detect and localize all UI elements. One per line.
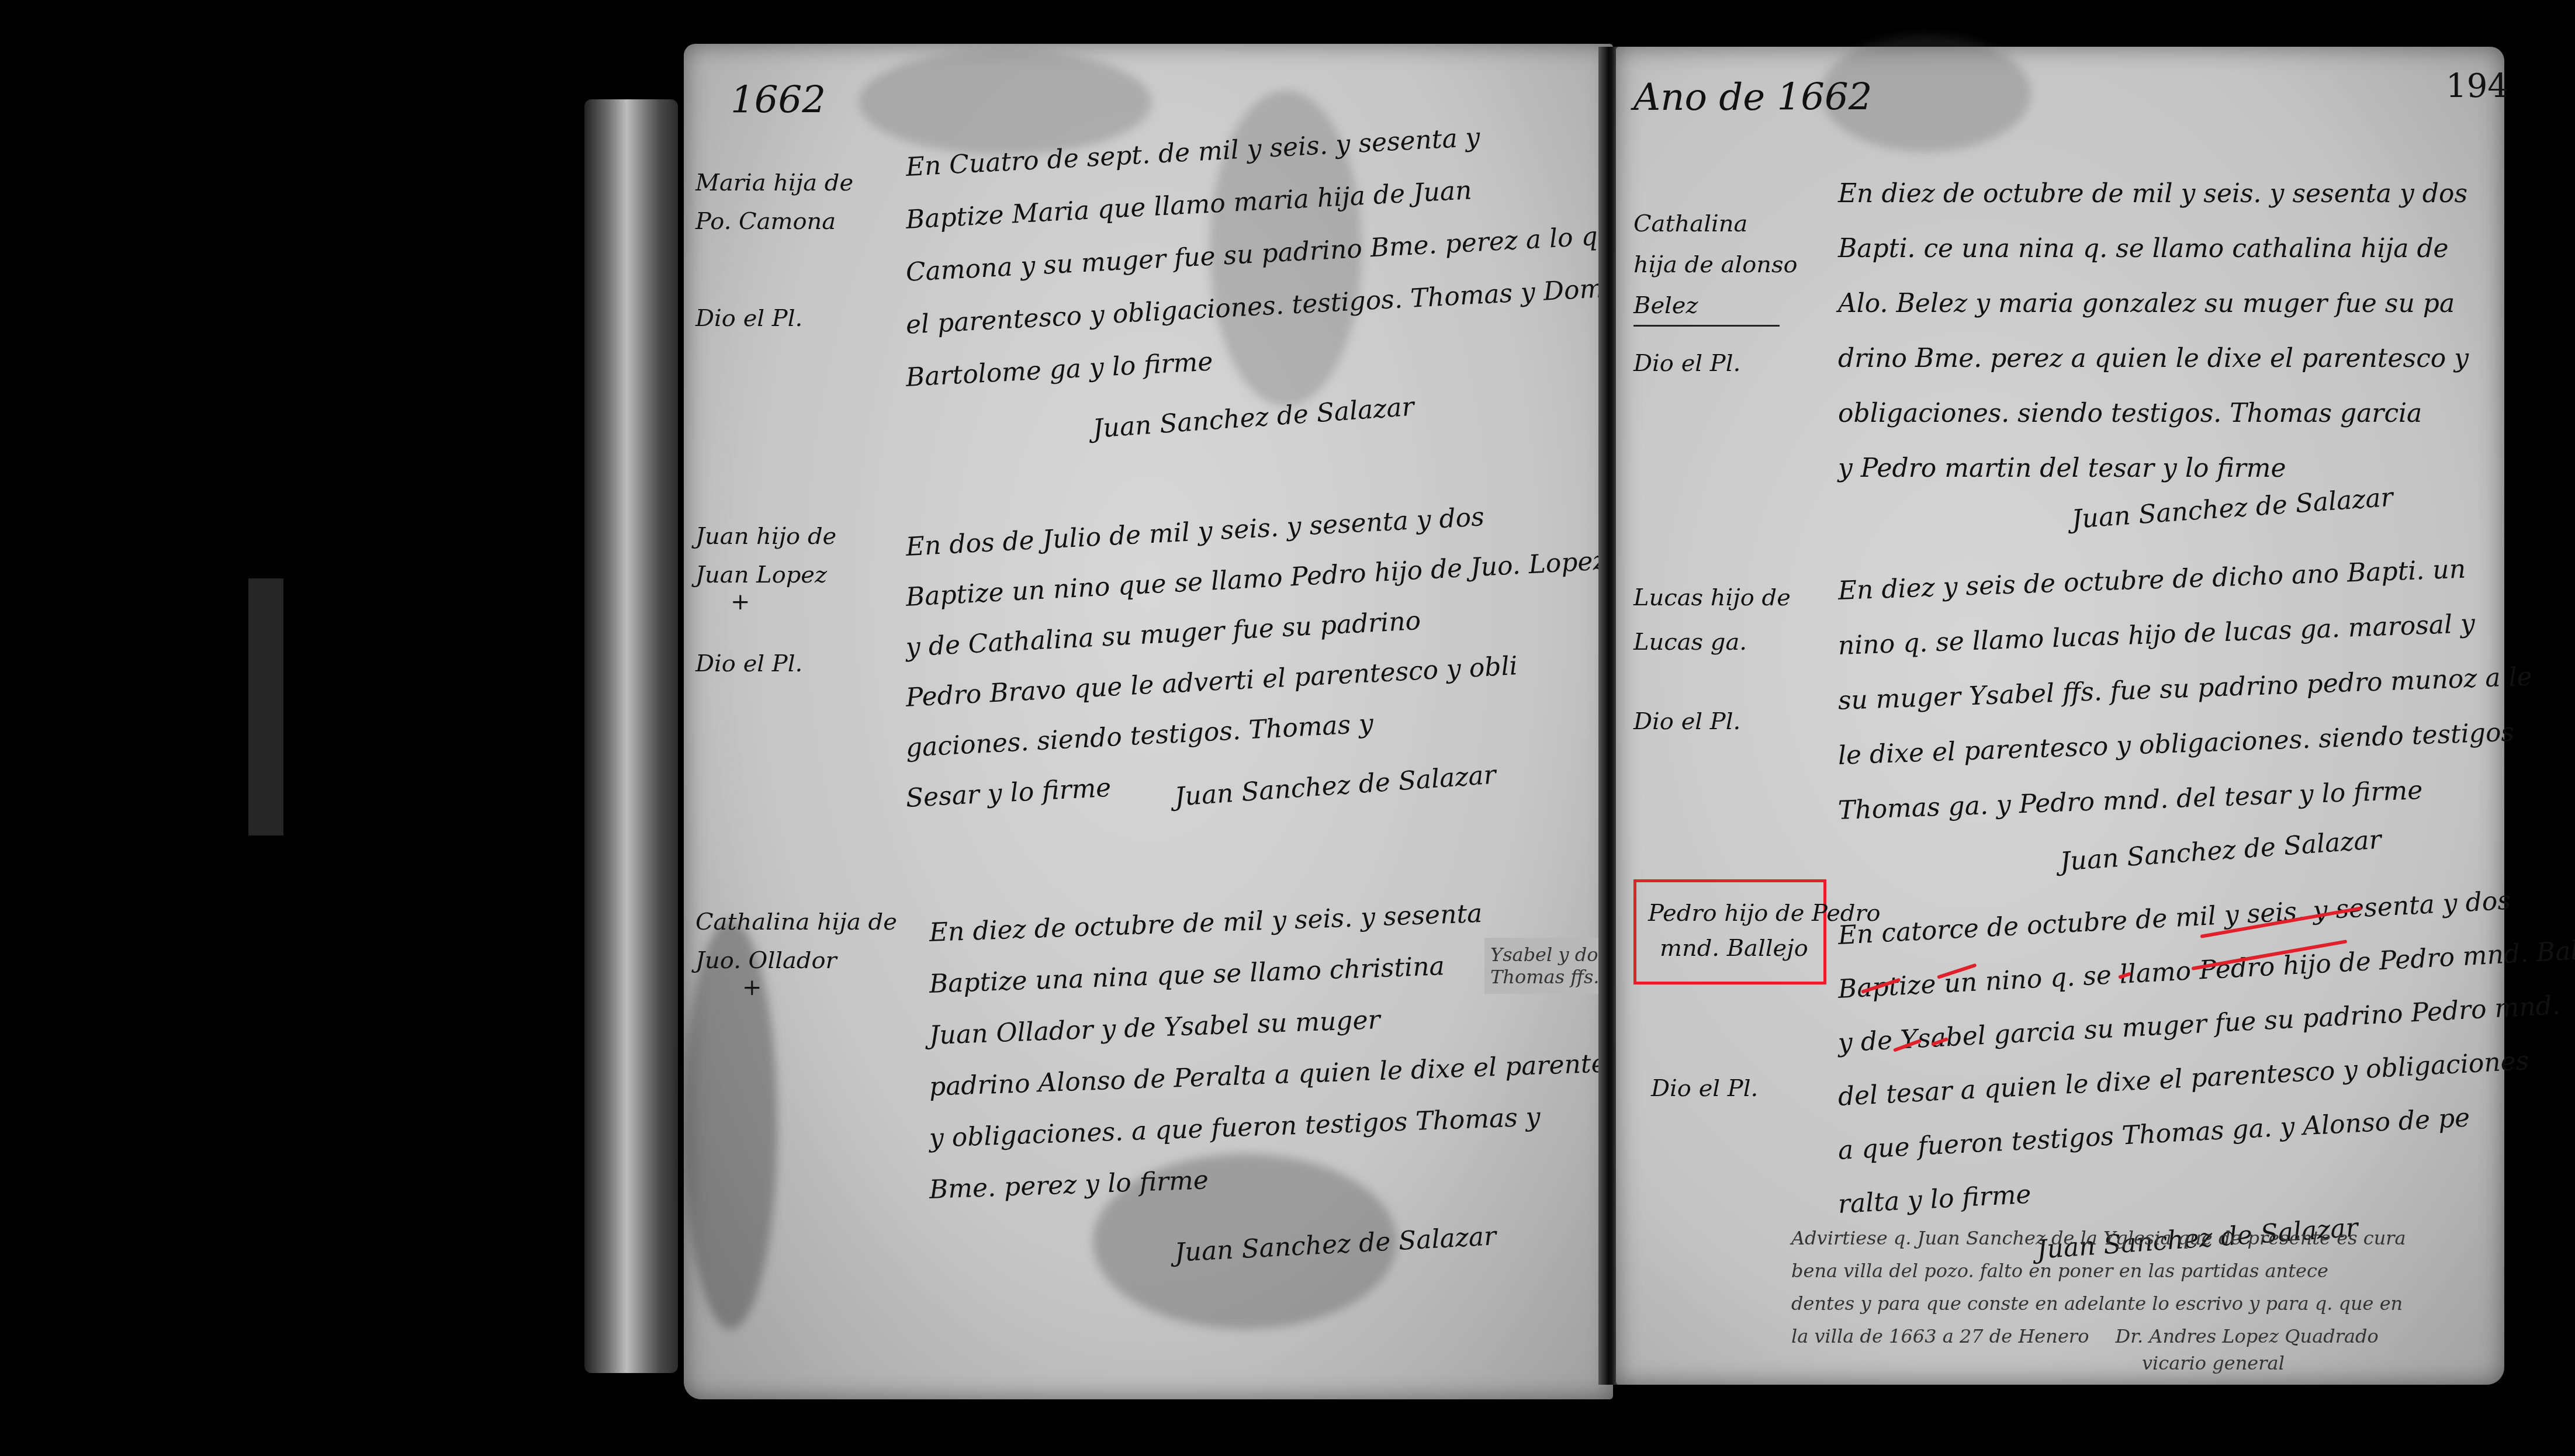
entry-line: Juan Ollador y de Ysabel su muger — [929, 998, 1650, 1049]
book-page-edges — [584, 99, 678, 1373]
entry-line: Pedro Bravo que le adverti el parentesco… — [905, 649, 1607, 711]
priest-signature: Juan Sanchez de Salazar — [1174, 1213, 1650, 1267]
margin-note: Dio el Pl. — [695, 650, 836, 677]
entry-line: obligaciones. siendo testigos. Thomas ga… — [1838, 401, 2469, 427]
margin-name: Lucas ga. — [1633, 629, 1791, 656]
margin-name: Lucas hijo de — [1633, 584, 1791, 611]
entry-line: En diez y seis de octubre de dicho ano B… — [1837, 554, 2532, 604]
footnote-annotation: Advirtiese q. Juan Sanchez de la Yglesia… — [1791, 1227, 2406, 1374]
entry-line: Baptize un nino que se llamo Pedro hijo … — [905, 548, 1607, 611]
priest-signature: Juan Sanchez de Salazar — [2059, 814, 2532, 877]
left-entry-1-body: En Cuatro de sept. de mil y seis. y sese… — [906, 155, 1662, 444]
margin-name: Cathalina — [1633, 210, 1798, 237]
margin-name: Po. Camona — [695, 208, 853, 235]
entry-line: a que fueron testigos Thomas ga. y Alons… — [1837, 1097, 2575, 1164]
entry-line: Bme. perez y lo firme — [929, 1152, 1650, 1203]
right-entry-2-margin: Lucas hijo de Lucas ga. Dio el Pl. — [1633, 584, 1791, 735]
entry-line: gaciones. siendo testigos. Thomas y — [905, 699, 1607, 761]
margin-name: Pedro hijo de Pedro — [1636, 882, 1823, 927]
folio-number: 194 — [2446, 67, 2508, 105]
entry-line: nino q. se llamo lucas hijo de lucas ga.… — [1837, 609, 2532, 659]
pasted-paper-slip: Ysabel y dos Thomas ffs. — [1484, 938, 1614, 994]
footnote-line: dentes y para que conste en adelante lo … — [1791, 1292, 2406, 1315]
entry-line: Bartolome ga y lo firme — [905, 325, 1661, 391]
margin-note: Dio el Pl. — [695, 305, 853, 332]
entry-line: y Pedro martin del tesar y lo firme — [1838, 456, 2469, 481]
margin-note: Dio el Pl. — [1633, 708, 1791, 735]
footnote-line: bena villa del pozo. falto en poner en l… — [1791, 1260, 2406, 1282]
footnote-line: la villa de 1663 a 27 de Henero — [1791, 1325, 2089, 1347]
priest-signature: Juan Sanchez de Salazar — [2071, 477, 2469, 535]
margin-note: Dio el Pl. — [1651, 1075, 1758, 1102]
priest-signature: Juan Sanchez de Salazar — [1092, 375, 1661, 444]
footnote-signature: Dr. Andres Lopez Quadrado — [2116, 1325, 2379, 1347]
margin-name: mnd. Ballejo — [1636, 927, 1823, 962]
entry-line: Alo. Belez y maria gonzalez su muger fue… — [1838, 291, 2469, 317]
left-entry-3-margin: Cathalina hija de Juo. Ollador + — [695, 909, 897, 1001]
right-page-year-header: Ano de 1662 — [1633, 76, 1872, 119]
right-page: Ano de 1662 194 Cathalina hija de alonso… — [1616, 47, 2504, 1385]
entry-line: del tesar a quien le dixe el parentesco … — [1837, 1043, 2575, 1110]
entry-line: Bapti. ce una nina q. se llamo cathalina… — [1838, 236, 2469, 262]
margin-name: Juan Lopez — [695, 561, 836, 588]
entry-line: En diez de octubre de mil y seis. y sese… — [1838, 181, 2469, 207]
entry-line: Camona y su muger fue su padrino Bme. pe… — [905, 220, 1661, 286]
right-entry-1-margin: Cathalina hija de alonso Belez Dio el Pl… — [1633, 210, 1798, 377]
cross-mark: + — [731, 588, 836, 615]
left-entry-2-body: En dos de Julio de mil y seis. y sesenta… — [906, 535, 1607, 812]
margin-name: Belez — [1633, 292, 1798, 319]
entry-line: En catorce de octubre de mil y seis. y s… — [1837, 882, 2575, 949]
water-stain — [859, 50, 1151, 155]
side-note: Ysabel y dos — [1490, 944, 1608, 966]
side-note: Thomas ffs. — [1490, 966, 1608, 988]
margin-name: Maria hija de — [695, 169, 853, 196]
entry-line: Baptize un nino q. se llamo Pedro hijo d… — [1837, 935, 2575, 1003]
entry-line: su muger Ysabel ffs. fue su padrino pedr… — [1837, 664, 2532, 714]
entry-line: Thomas ga. y Pedro mnd. del tesar y lo f… — [1837, 774, 2532, 824]
right-entry-2-body: En diez y seis de octubre de dicho ano B… — [1838, 578, 2532, 877]
margin-note: Dio el Pl. — [1633, 350, 1798, 377]
margin-name: Cathalina hija de — [695, 909, 897, 935]
entry-line: y obligaciones. a que fueron testigos Th… — [929, 1101, 1650, 1152]
margin-name: Juo. Ollador — [695, 947, 897, 974]
divider-stroke — [1633, 325, 1780, 327]
cross-mark: + — [742, 974, 897, 1001]
entry-line: y de Ysabel garcia su muger fue su padri… — [1837, 989, 2575, 1056]
entry-line: el parentesco y obligaciones. testigos. … — [905, 273, 1661, 338]
entry-line: padrino Alonso de Peralta a quien le dix… — [929, 1049, 1650, 1100]
margin-name: Juan hijo de — [695, 523, 836, 550]
entry-line: drino Bme. perez a quien le dixe el pare… — [1838, 346, 2469, 372]
left-entry-1-margin: Maria hija de Po. Camona Dio el Pl. — [695, 169, 853, 332]
left-page: 1662 Maria hija de Po. Camona Dio el Pl.… — [684, 44, 1613, 1399]
highlight-box: Pedro hijo de Pedro mnd. Ballejo — [1633, 879, 1826, 984]
entry-line: le dixe el parentesco y obligaciones. si… — [1837, 719, 2532, 769]
book-cover-shadow — [248, 578, 283, 836]
right-entry-1-body: En diez de octubre de mil y seis. y sese… — [1838, 181, 2469, 535]
entry-line: Baptize Maria que llamo maria hija de Ju… — [905, 168, 1661, 233]
footnote-line: Advirtiese q. Juan Sanchez de la Yglesia… — [1791, 1227, 2406, 1249]
footnote-title: vicario general — [2142, 1352, 2406, 1374]
margin-name: hija de alonso — [1633, 251, 1798, 278]
left-page-year-header: 1662 — [731, 79, 826, 122]
left-entry-2-margin: Juan hijo de Juan Lopez + Dio el Pl. — [695, 523, 836, 677]
